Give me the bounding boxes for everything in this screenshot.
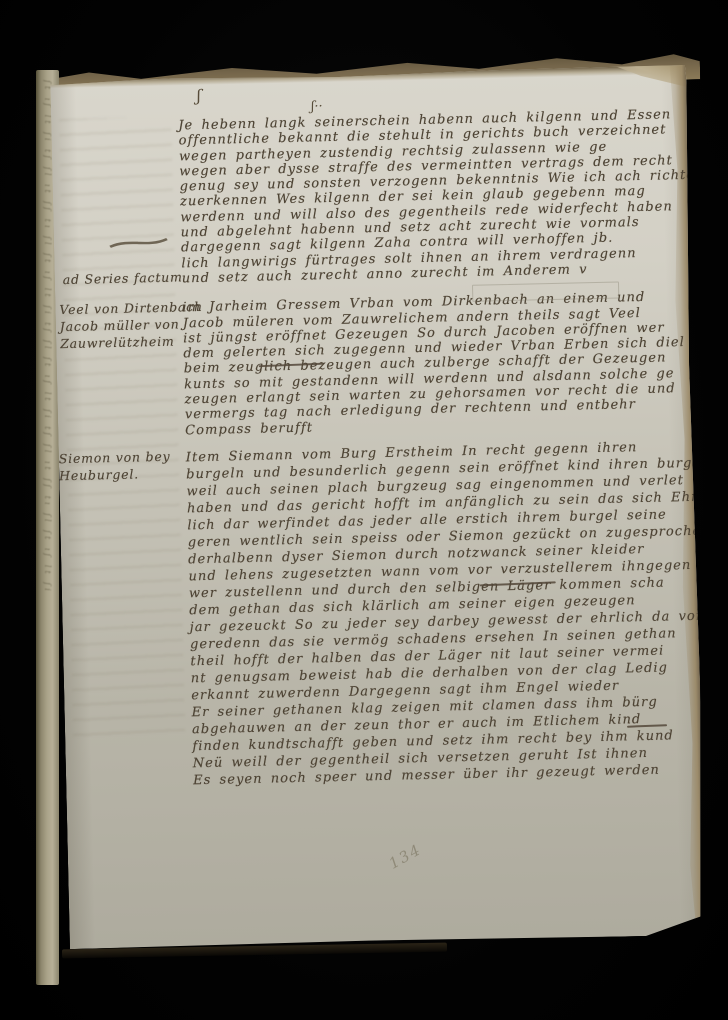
ink-bleedthrough bbox=[59, 117, 185, 744]
entry-paragraph-1: Je hebenn langk seinerschein habenn auch… bbox=[178, 107, 694, 287]
entry-paragraph-3: Item Siemann vom Burg Erstheim In recht … bbox=[186, 438, 706, 790]
margin-note-siemon: Siemon von beyHeuburgel. bbox=[59, 448, 171, 485]
ink-flourish: ʃ·· bbox=[311, 99, 323, 114]
entry-paragraph-2: im Jarheim Gressem Vrban vom Dirkenbach … bbox=[182, 289, 697, 438]
ink-flourish: ʃ bbox=[196, 86, 201, 105]
manuscript-text-block: Je hebenn langk seinerschein habenn auch… bbox=[178, 107, 705, 789]
gutter-bleed-text: ſt ıſ lt ſi tſ ſl ıt ſſ tı ſl ſt ıſ lt ſ… bbox=[40, 80, 54, 975]
margin-note-line: Heuburgel. bbox=[59, 465, 171, 485]
manuscript-page: ʃ ʃ·· ~ ad Series factum Veel von Dirten… bbox=[50, 65, 706, 949]
folio-number: 134 bbox=[386, 840, 425, 873]
margin-note-ad-series-factum: ad Series factum bbox=[63, 268, 183, 288]
photo-backdrop: ſt ıſ lt ſi tſ ſl ıt ſſ tı ſl ſt ıſ lt ſ… bbox=[0, 0, 728, 1020]
margin-note-line: Siemon von bey bbox=[59, 448, 171, 468]
margin-note-line: ad Series factum bbox=[63, 268, 183, 288]
pencil-annotation-box bbox=[472, 281, 619, 301]
